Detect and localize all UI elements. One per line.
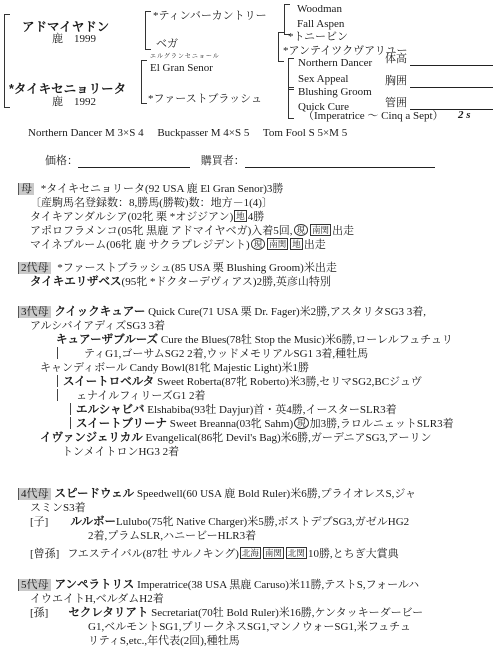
text-run: Sweet Breanna(03牝 Sahm) [167, 418, 293, 430]
region-badge: 地 [234, 210, 247, 222]
horse-name: セクレタリアト [68, 607, 148, 619]
inbreeding-note: Northern Dancer M 3×S 4 Buckpasser M 4×S… [28, 127, 347, 140]
tree-line [57, 347, 58, 359]
text-line: イヴァンジェリカル Evangelical(86牝 Devil's Bag)米6… [0, 431, 500, 445]
text-run: 出走 [304, 239, 326, 251]
text-run: [孫] [30, 607, 48, 619]
horse-name: ルルボー [70, 516, 116, 528]
dam-sire-dam: Sex Appeal [298, 73, 348, 86]
text-run: Imperatrice(38 USA 黒鹿 Caruso)米11勝,テストS,フ… [134, 579, 419, 591]
text-run: トンメイトロンHG3 2着 [62, 446, 179, 458]
text-run: 〔産駒馬名登録数：8,勝馬(勝鞍)数：地方－1(4)〕 [30, 197, 273, 209]
text-run: Evangelical(86牝 Devil's Bag)米6勝,ガーデニアSG3… [143, 432, 432, 444]
measurement-row: 胸囲 [385, 72, 493, 88]
section-dam: 母 *タイキセニョリータ(92 USA 鹿 El Gran Senor)3勝〔産… [0, 182, 500, 252]
pedigree-catalog-page: アドマイヤドン 鹿 1999 *タイキセニョリータ 鹿 1992 *ティンバーカ… [0, 0, 500, 649]
section-second-dam: 2代母 *ファーストブラッシュ(85 USA 栗 Blushing Groom)… [0, 261, 500, 289]
tree-line [70, 403, 71, 415]
text-line: スイートロベルタ Sweet Roberta(87牝 Roberto)米3勝,セ… [0, 375, 500, 389]
text-line: 2着,プラムSLR,ハニービーHLR3着 [0, 529, 500, 543]
region-badge: 南関 [310, 224, 331, 236]
text-line: ェナイルフィリーズG1 2着 [0, 389, 500, 403]
text-run: Sweet Roberta(87牝 Roberto)米3勝,セリマSG2,BCジ… [154, 376, 422, 388]
generation-label: 母 [18, 183, 34, 195]
text-line: タイキエリザベス(95牝 *ドクターデヴィアス)2勝,英彦山特別 [0, 275, 500, 289]
section-third-dam: 3代母クイックキュアー Quick Cure(71 USA 栗 Dr. Fage… [0, 305, 500, 459]
measurement-label: 管囲 [385, 94, 407, 110]
measurement-label: 体高 [385, 50, 407, 66]
gp3-bracket [288, 58, 294, 90]
dam-sire-name: El Gran Senor [150, 62, 213, 75]
horse-name: スピードウェル [55, 488, 135, 500]
text-run: *ファーストブラッシュ(85 USA 栗 Blushing Groom)米出走 [55, 262, 337, 274]
price-label: 価格： [45, 155, 78, 167]
buyer-label: 購買者： [201, 155, 245, 167]
text-run: 4勝 [248, 211, 265, 223]
section-fourth-dam: 4代母スピードウェル Speedwell(60 USA 鹿 Bold Ruler… [0, 487, 500, 561]
sale-row: 価格： 購買者： [45, 155, 475, 168]
text-line: リティS,etc.,年代表(2回),種牡馬 [0, 634, 500, 648]
text-run: 2着,プラムSLR,ハニービーHLR3着 [88, 530, 256, 542]
spacer [58, 398, 76, 399]
dam-sire-sire: Northern Dancer [298, 57, 372, 70]
text-run: Secretariat(70牡 Bold Ruler)米16勝,ケンタッキーダー… [148, 607, 423, 619]
tree-line [57, 389, 58, 401]
horse-name: イヴァンジェリカル [40, 432, 143, 444]
measurement-fill-line [410, 53, 493, 66]
text-run: Speedwell(60 USA 鹿 Bold Ruler)米6勝,プライオレス… [134, 488, 416, 500]
sire-sire-dam: Fall Aspen [297, 18, 344, 31]
sire-coat-year: 鹿 1999 [52, 33, 96, 46]
text-run: ェナイルフィリーズG1 2着 [76, 390, 206, 402]
tree-line [57, 375, 58, 387]
text-line: ティG1,ゴーサムSG2 2着,ウッドメモリアルSG1 3着,種牡馬 [0, 347, 500, 361]
sire-parents-bracket [145, 11, 151, 50]
text-run: 10勝,とちぎ大賞典 [308, 548, 399, 560]
text-run: キャンディボール Candy Bowl(81牝 Majestic Light)米… [40, 362, 309, 374]
text-line: トンメイトロンHG3 2着 [0, 445, 500, 459]
price-fill-line [78, 155, 190, 168]
text-line: [子]ルルボーLulubo(75牝 Native Charger)米5勝,ボスト… [0, 515, 500, 529]
text-line: スイートブリーナ Sweet Breanna(03牝 Sahm)現加3勝,ラロル… [0, 417, 500, 431]
dam-name: *タイキセニョリータ [9, 79, 126, 97]
section-fifth-dam: 5代母アンペラトリス Imperatrice(38 USA 黒鹿 Caruso)… [0, 578, 500, 648]
measurement-fill-line [410, 75, 493, 88]
text-run: Lulubo(75牝 Native Charger)米5勝,ボストデブSG3,ガ… [116, 516, 409, 528]
horse-name: アンペラトリス [55, 579, 135, 591]
sire-dam-sire: *トニービン [288, 31, 348, 44]
dam-dam-name: *ファーストブラッシュ [148, 93, 262, 106]
text-run: G1,ベルモントSG1,プリークネスSG1,マンノウォーSG1,米フュチュ [88, 621, 411, 633]
horse-name: タイキエリザベス [30, 276, 122, 288]
horse-name: クイックキュアー [55, 306, 146, 318]
text-run: *タイキセニョリータ(92 USA 鹿 El Gran Senor)3勝 [38, 183, 283, 195]
text-line: タイキアンダルシア(02牝 栗 *オジジアン)地4勝 [0, 210, 500, 224]
text-line: キャンディボール Candy Bowl(81牝 Majestic Light)米… [0, 361, 500, 375]
dam-dam-sire: Blushing Groom [298, 86, 372, 99]
female-family-sections: 母 *タイキセニョリータ(92 USA 鹿 El Gran Senor)3勝〔産… [0, 182, 500, 648]
spacer [48, 615, 68, 616]
spacer [48, 524, 70, 525]
text-line: 〔産駒馬名登録数：8,勝馬(勝鞍)数：地方－1(4)〕 [0, 196, 500, 210]
text-run: イウエイトH,ベルダムH2着 [30, 593, 164, 605]
text-line: [孫]セクレタリアト Secretariat(70牡 Bold Ruler)米1… [0, 606, 500, 620]
horse-name: キュアーザブルーズ [56, 334, 158, 346]
text-line: 4代母スピードウェル Speedwell(60 USA 鹿 Bold Ruler… [0, 487, 500, 501]
text-run: 出走 [332, 225, 354, 237]
text-run: リティS,etc.,年代表(2回),種牡馬 [88, 635, 240, 647]
spacer [58, 356, 84, 357]
sire-dam-name: ベガ [156, 38, 178, 51]
text-line: アルシバイアディズSG3 3着 [0, 319, 500, 333]
text-run: マイネブルーム(06牝 鹿 サクラプレジデント) [30, 239, 250, 251]
dam-coat-year: 鹿 1992 [52, 96, 96, 109]
text-run: フエステイバル(87牡 サルノキング) [67, 548, 239, 560]
measurement-row: 管囲 [385, 94, 493, 110]
text-line: 2代母 *ファーストブラッシュ(85 USA 栗 Blushing Groom)… [0, 261, 500, 275]
text-run: アポロフラメンコ(05牝 黒鹿 アドマイヤベガ)入着5回, [30, 225, 293, 237]
family-line: （Imperatrice ～ Cinq a Sept） [303, 110, 444, 123]
text-line: 5代母アンペラトリス Imperatrice(38 USA 黒鹿 Caruso)… [0, 578, 500, 592]
text-line: 母 *タイキセニョリータ(92 USA 鹿 El Gran Senor)3勝 [0, 182, 500, 196]
text-run: ティG1,ゴーサムSG2 2着,ウッドメモリアルSG1 3着,種牡馬 [84, 348, 368, 360]
measurement-fill-line [410, 97, 493, 110]
text-run: Cure the Blues(78牡 Stop the Music)米6勝,ロー… [158, 334, 453, 346]
status-badge: 現 [294, 417, 309, 429]
status-badge: 現 [251, 238, 266, 250]
region-badge: 北海 [240, 547, 261, 559]
horse-name: エルシャビバ [76, 404, 144, 416]
gp4-bracket [288, 87, 294, 119]
text-line: イウエイトH,ベルダムH2着 [0, 592, 500, 606]
text-line: キュアーザブルーズ Cure the Blues(78牡 Stop the Mu… [0, 333, 500, 347]
sire-sire-name: *ティンバーカントリー [153, 10, 267, 23]
tree-line [70, 417, 71, 429]
text-line: [曾孫]フエステイバル(87牡 サルノキング)北海南関北関10勝,とちぎ大賞典 [0, 547, 500, 561]
sire-sire-sire: Woodman [297, 3, 342, 16]
text-run: アルシバイアディズSG3 3着 [30, 320, 165, 332]
text-run: (95牝 *ドクターデヴィアス)2勝,英彦山特別 [122, 276, 331, 288]
text-line: マイネブルーム(06牝 鹿 サクラプレジデント)現南関地出走 [0, 238, 500, 252]
text-run: [子] [30, 516, 48, 528]
text-run: タイキアンダルシア(02牝 栗 *オジジアン) [30, 211, 233, 223]
text-line: 3代母クイックキュアー Quick Cure(71 USA 栗 Dr. Fage… [0, 305, 500, 319]
generation-label: 2代母 [18, 262, 51, 274]
text-run: Elshabiba(93牡 Dayjur)首・英4勝,イースターSLR3着 [144, 404, 396, 416]
status-badge: 現 [294, 224, 309, 236]
region-badge: 地 [290, 238, 303, 250]
dam-sire-furigana: エルグランセニョール [150, 54, 220, 60]
text-line: G1,ベルモントSG1,プリークネスSG1,マンノウォーSG1,米フュチュ [0, 620, 500, 634]
text-line: アポロフラメンコ(05牝 黒鹿 アドマイヤベガ)入着5回,現南関出走 [0, 224, 500, 238]
region-badge: 南関 [267, 238, 288, 250]
horse-name: スイートブリーナ [76, 418, 167, 430]
text-run: Quick Cure(71 USA 栗 Dr. Fager)米2勝,アスタリタS… [145, 306, 426, 318]
text-line: エルシャビバ Elshabiba(93牡 Dayjur)首・英4勝,イースターS… [0, 403, 500, 417]
measurement-row: 体高 [385, 50, 493, 66]
measurement-label: 胸囲 [385, 72, 407, 88]
generation-label: 5代母 [18, 579, 51, 591]
region-badge: 南関 [263, 547, 284, 559]
generation-label: 4代母 [18, 488, 51, 500]
text-run: 加3勝,ラロルニェットSLR3着 [310, 418, 454, 430]
text-run: スミンS3着 [30, 502, 86, 514]
horse-name: スイートロベルタ [63, 376, 154, 388]
region-badge: 北関 [286, 547, 307, 559]
text-run: [曾孫] [30, 548, 59, 560]
family-number: 2 s [458, 109, 471, 122]
dam-parents-bracket [141, 60, 147, 104]
generation-label: 3代母 [18, 306, 51, 318]
buyer-fill-line [245, 155, 435, 168]
text-line: スミンS3着 [0, 501, 500, 515]
